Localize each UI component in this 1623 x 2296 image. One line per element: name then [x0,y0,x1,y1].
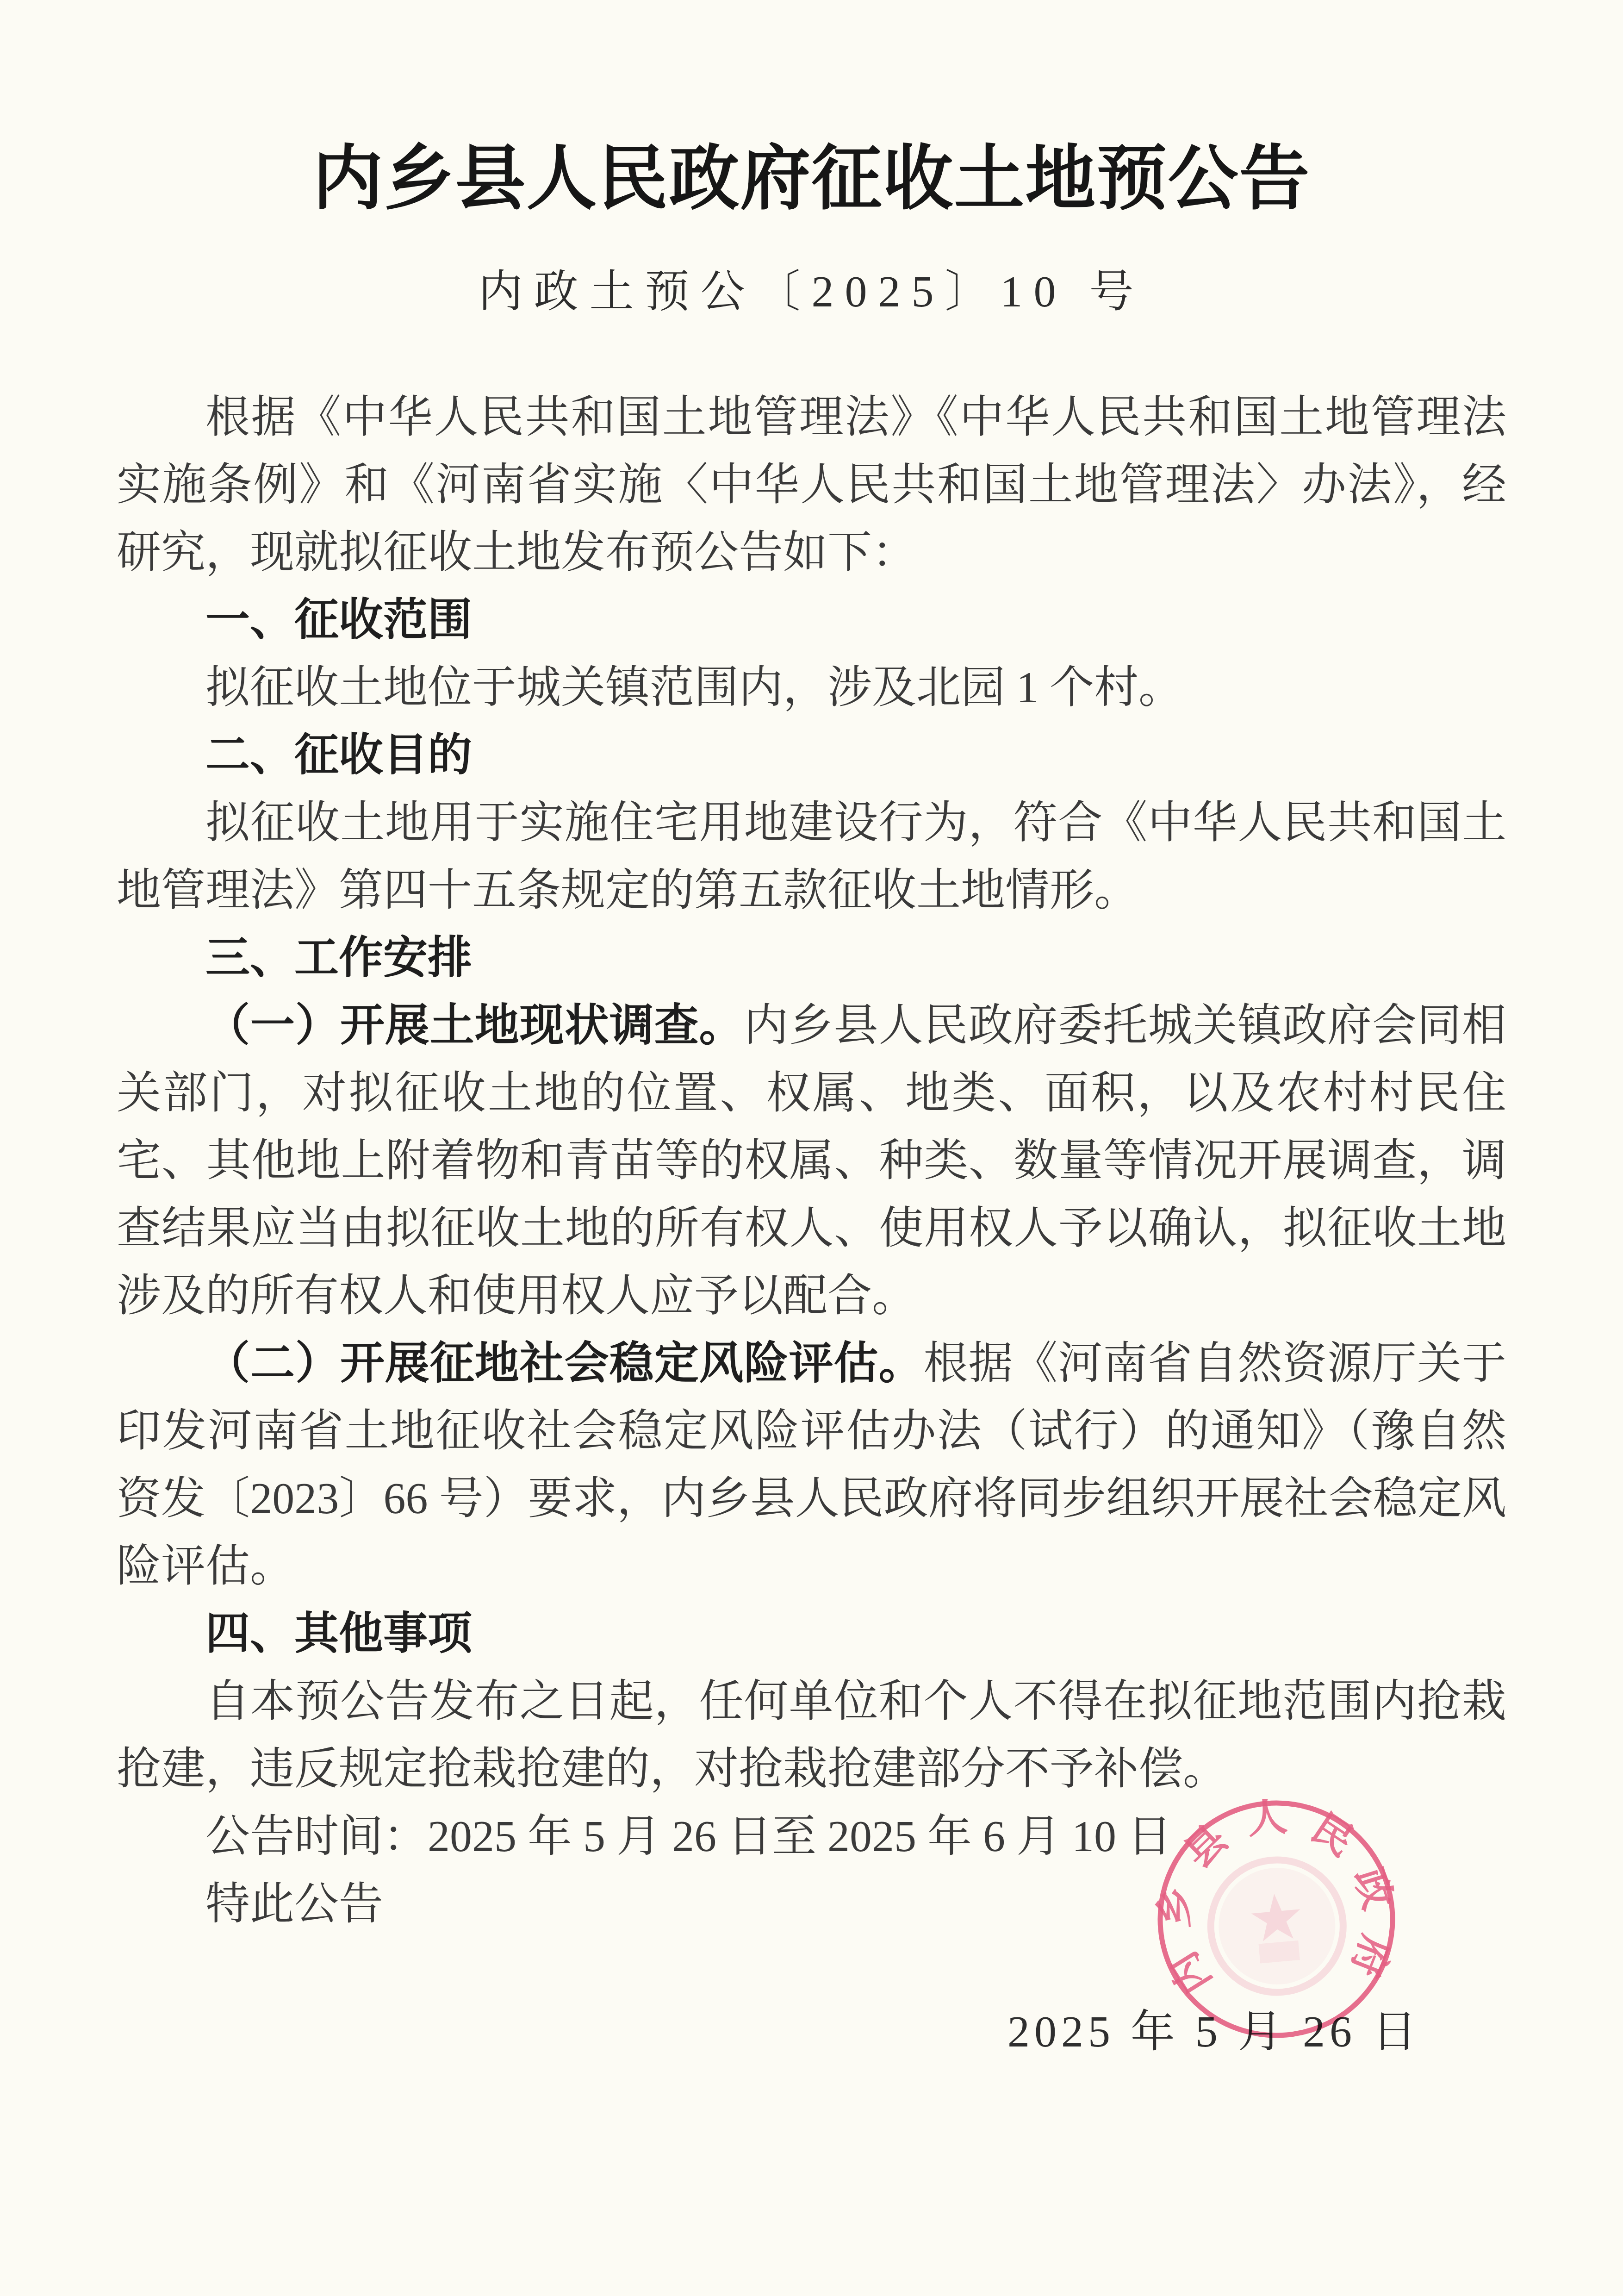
paragraph: 拟征收土地位于城关镇范围内，涉及北园 1 个村。 [117,654,1506,721]
paragraph: 特此公告 [117,1870,1506,1938]
paragraph: 根据《中华人民共和国土地管理法》《中华人民共和国土地管理法实施条例》和《河南省实… [117,383,1506,586]
section-heading: 一、征收范围 [117,586,1506,654]
document-content: 内乡县人民政府征收土地预公告 内政土预公〔2025〕10 号 根据《中华人民共和… [117,135,1506,1938]
document-page: 内乡县人民政府征收土地预公告 内政土预公〔2025〕10 号 根据《中华人民共和… [0,0,1623,2296]
paragraph-lead: （二）开展征地社会稳定风险评估。 [205,1338,923,1388]
document-title: 内乡县人民政府征收土地预公告 [117,135,1506,223]
paragraph: （二）开展征地社会稳定风险评估。根据《河南省自然资源厅关于印发河南省土地征收社会… [117,1329,1506,1600]
issue-date: 2025 年 5 月 26 日 [1007,1998,1421,2065]
section-heading: 四、其他事项 [117,1600,1506,1667]
section-heading: 二、征收目的 [117,721,1506,789]
paragraph: 拟征收土地用于实施住宅用地建设行为，符合《中华人民共和国土地管理法》第四十五条规… [117,789,1506,924]
paragraph-lead: （一）开展土地现状调查。 [205,1000,744,1050]
document-number: 内政土预公〔2025〕10 号 [117,264,1506,319]
section-heading: 三、工作安排 [117,924,1506,992]
paragraph: 公告时间：2025 年 5 月 26 日至 2025 年 6 月 10 日 [117,1803,1506,1870]
paragraph: 自本预公告发布之日起，任何单位和个人不得在拟征地范围内抢栽抢建，违反规定抢栽抢建… [117,1667,1506,1803]
paragraph: （一）开展土地现状调查。内乡县人民政府委托城关镇政府会同相关部门，对拟征收土地的… [117,992,1506,1329]
document-body: 根据《中华人民共和国土地管理法》《中华人民共和国土地管理法实施条例》和《河南省实… [117,383,1506,1938]
